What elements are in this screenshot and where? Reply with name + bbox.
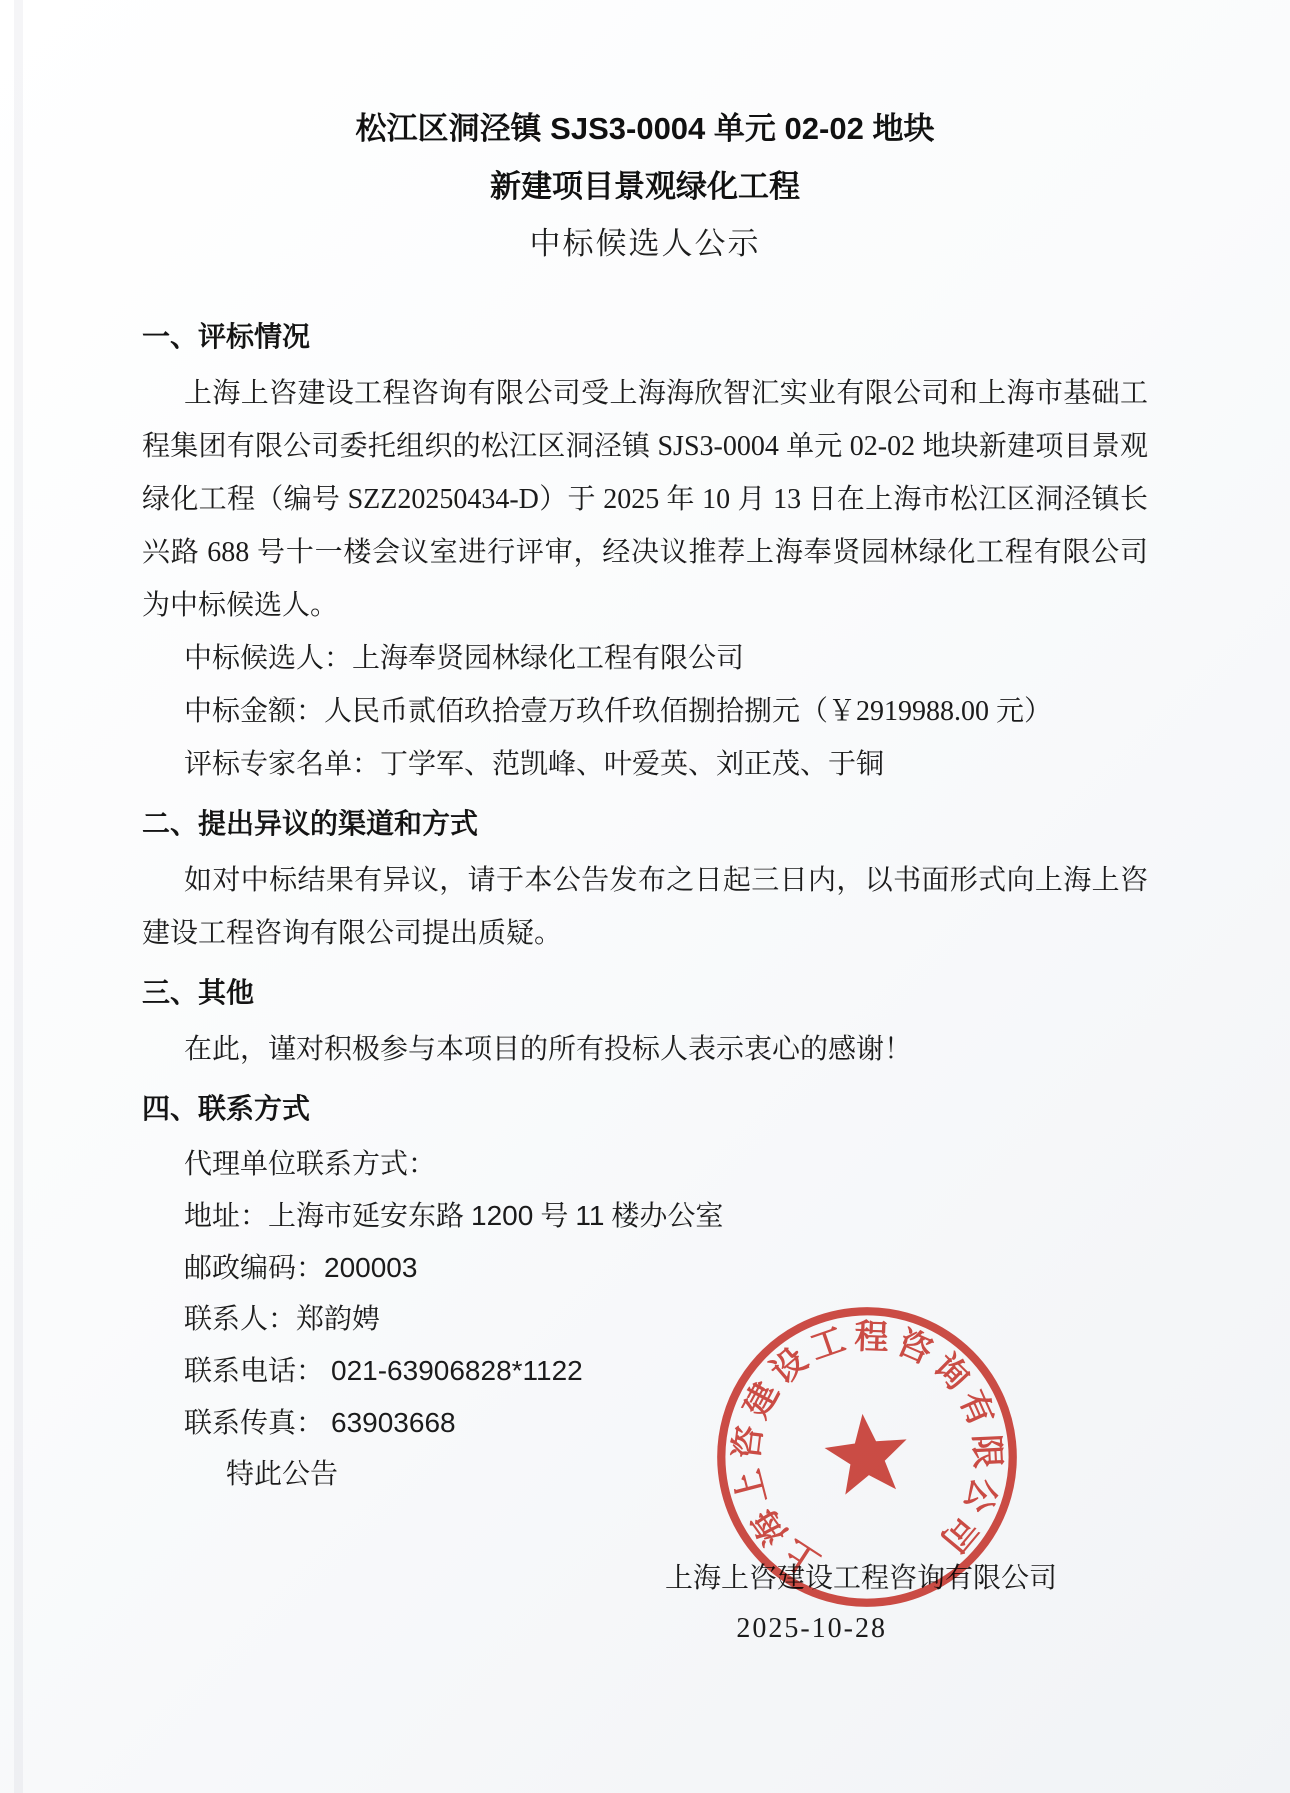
- section-1-heading: 一、评标情况: [142, 310, 1148, 363]
- doc-subtitle: 中标候选人公示: [142, 216, 1148, 272]
- signature-date: 2025-10-28: [142, 1605, 1148, 1653]
- company-seal-stamp: 上海上咨建设工程咨询有限公司: [697, 1287, 1038, 1628]
- bid-amount-line: 中标金额：人民币贰佰玖拾壹万玖仟玖佰捌拾捌元（￥2919988.00 元）: [142, 685, 1148, 738]
- doc-title-line-2: 新建项目景观绿化工程: [142, 158, 1148, 216]
- winner-candidate-line: 中标候选人：上海奉贤园林绿化工程有限公司: [142, 632, 1148, 685]
- evaluation-paragraph: 上海上咨建设工程咨询有限公司受上海海欣智汇实业有限公司和上海市基础工程集团有限公…: [142, 367, 1148, 632]
- doc-title-line-1: 松江区洞泾镇 SJS3-0004 单元 02-02 地块: [142, 100, 1148, 158]
- postal-code-line: 邮政编码：200003: [142, 1242, 1148, 1294]
- objection-paragraph: 如对中标结果有异议，请于本公告发布之日起三日内，以书面形式向上海上咨建设工程咨询…: [142, 854, 1148, 960]
- section-3-heading: 三、其他: [142, 966, 1148, 1019]
- page-edge-shadow: [14, 0, 23, 1793]
- expert-list-line: 评标专家名单：丁学军、范凯峰、叶爱英、刘正茂、于铜: [142, 738, 1148, 791]
- agency-contact-line: 代理单位联系方式：: [142, 1139, 1148, 1190]
- document-content: 松江区洞泾镇 SJS3-0004 单元 02-02 地块 新建项目景观绿化工程 …: [0, 0, 1290, 1653]
- announcement-page: 松江区洞泾镇 SJS3-0004 单元 02-02 地块 新建项目景观绿化工程 …: [0, 0, 1290, 1793]
- thanks-paragraph: 在此，谨对积极参与本项目的所有投标人表示衷心的感谢！: [142, 1023, 1148, 1076]
- address-line: 地址：上海市延安东路 1200 号 11 楼办公室: [142, 1190, 1148, 1242]
- section-4-heading: 四、联系方式: [142, 1082, 1148, 1135]
- star-icon: [821, 1410, 911, 1497]
- section-2-heading: 二、提出异议的渠道和方式: [142, 797, 1148, 850]
